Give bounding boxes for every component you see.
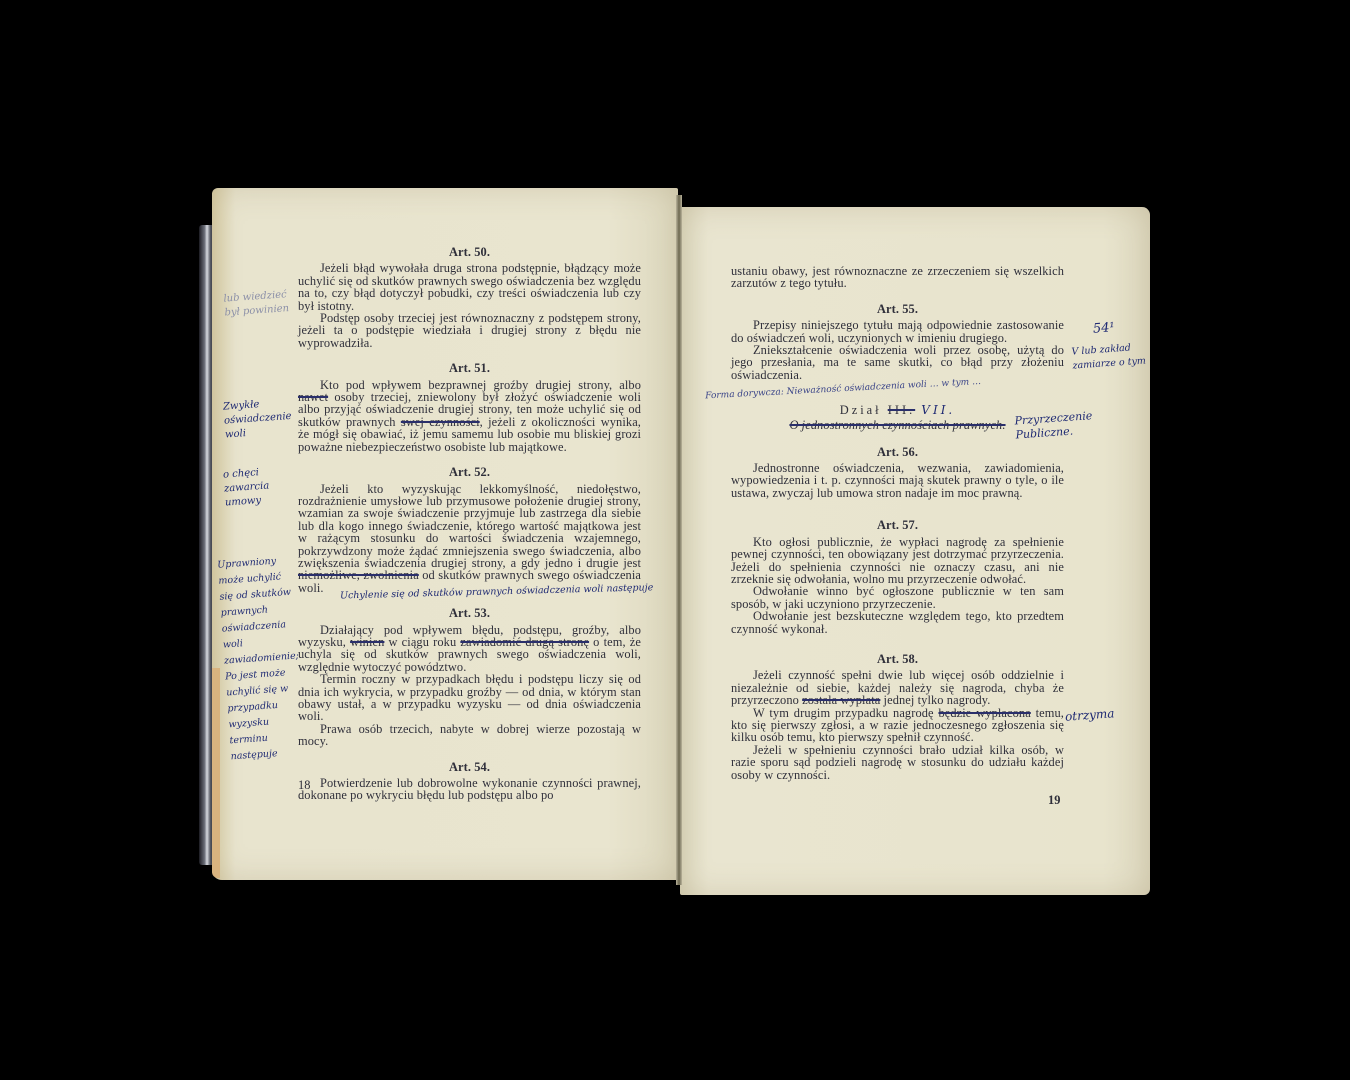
- article-heading: Art. 57.: [731, 519, 1064, 531]
- article-58: Art. 58. Jeżeli czynność spełni dwie lub…: [731, 653, 1064, 781]
- paragraph: Odwołanie winno być ogłoszone publicznie…: [731, 585, 1064, 610]
- handwritten-margin-note: V lub zakład zamiarze o tym: [1071, 340, 1148, 373]
- open-book: Art. 50. Jeżeli błąd wywołała druga stro…: [0, 0, 1350, 1080]
- continuation-art-54: ustaniu obawy, jest równoznaczne ze zrze…: [731, 265, 1064, 290]
- article-54: Art. 54. Potwierdzenie lub dobrowolne wy…: [298, 761, 641, 802]
- article-heading: Art. 56.: [731, 446, 1064, 458]
- paragraph: Działający pod wpływem błędu, podstępu, …: [298, 624, 641, 674]
- handwritten-division-number: VII.: [921, 403, 955, 417]
- article-heading: Art. 54.: [298, 761, 641, 773]
- paragraph: Potwierdzenie lub dobrowolne wykonanie c…: [298, 777, 641, 802]
- paragraph: W tym drugim przypadku nagrodę będzie wy…: [731, 707, 1064, 744]
- paragraph: Kto ogłosi publicznie, że wypłaci nagrod…: [731, 536, 1064, 586]
- paragraph: Jeżeli czynność spełni dwie lub więcej o…: [731, 669, 1064, 706]
- handwritten-margin-note: lub wiedzieć był powinien: [223, 287, 299, 320]
- article-56: Art. 56. Jednostronne oświadczenia, wezw…: [731, 446, 1064, 500]
- paragraph: Przepisy niniejszego tytułu mają odpowie…: [731, 319, 1064, 344]
- article-heading: Art. 51.: [298, 362, 641, 374]
- page-edge-stain: [212, 668, 220, 878]
- paragraph: Odwołanie jest bezskuteczne względem teg…: [731, 610, 1064, 635]
- paragraph: Jeżeli błąd wywołała druga strona podstę…: [298, 262, 641, 312]
- article-57: Art. 57. Kto ogłosi publicznie, że wypła…: [731, 519, 1064, 635]
- article-55: Art. 55. Przepisy niniejszego tytułu maj…: [731, 303, 1064, 381]
- left-page-text: Art. 50. Jeżeli błąd wywołała druga stro…: [298, 246, 641, 815]
- text: Jeżeli kto wyzyskując lekkomyślność, nie…: [298, 482, 641, 570]
- handwritten-margin-note: Uprawniony może uchylić się od skutków p…: [217, 553, 305, 766]
- paragraph: Podstęp osoby trzeciej jest równoznaczny…: [298, 312, 641, 349]
- article-heading: Art. 58.: [731, 653, 1064, 665]
- page-number-right: 19: [1048, 793, 1060, 808]
- paragraph: Jeżeli w spełnieniu czynności brało udzi…: [731, 744, 1064, 781]
- article-53: Art. 53. Działający pod wpływem błędu, p…: [298, 607, 641, 747]
- paragraph: Prawa osób trzecich, nabyte w dobrej wie…: [298, 723, 641, 748]
- struck-text: O jednostronnych czynnościach prawnych.: [789, 418, 1005, 432]
- right-page-text: ustaniu obawy, jest równoznaczne ze zrze…: [731, 265, 1064, 794]
- book-gutter: [676, 195, 682, 885]
- division-label: Dział: [840, 403, 888, 417]
- article-51: Art. 51. Kto pod wpływem bezprawnej groź…: [298, 362, 641, 453]
- handwritten-margin-note: Zwykłe oświadczenie woli: [223, 395, 300, 442]
- handwritten-margin-note: o chęci zawarcia umowy: [223, 463, 300, 510]
- article-heading: Art. 52.: [298, 466, 641, 478]
- article-50: Art. 50. Jeżeli błąd wywołała druga stro…: [298, 246, 641, 349]
- paragraph: Kto pod wpływem bezprawnej groźby drugie…: [298, 379, 641, 453]
- article-heading: Art. 53.: [298, 607, 641, 619]
- article-52: Art. 52. Jeżeli kto wyzyskując lekkomyśl…: [298, 466, 641, 594]
- paragraph: Termin roczny w przypadkach błędu i pods…: [298, 673, 641, 723]
- paragraph: ustaniu obawy, jest równoznaczne ze zrze…: [731, 265, 1064, 290]
- handwritten-article-number: 54¹: [1093, 321, 1116, 336]
- article-heading: Art. 55.: [731, 303, 1064, 315]
- paragraph: Jednostronne oświadczenia, wezwania, zaw…: [731, 462, 1064, 499]
- article-heading: Art. 50.: [298, 246, 641, 258]
- paragraph: Jeżeli kto wyzyskując lekkomyślność, nie…: [298, 483, 641, 595]
- page-number-left: 18: [298, 778, 310, 793]
- struck-text: III.: [888, 403, 915, 417]
